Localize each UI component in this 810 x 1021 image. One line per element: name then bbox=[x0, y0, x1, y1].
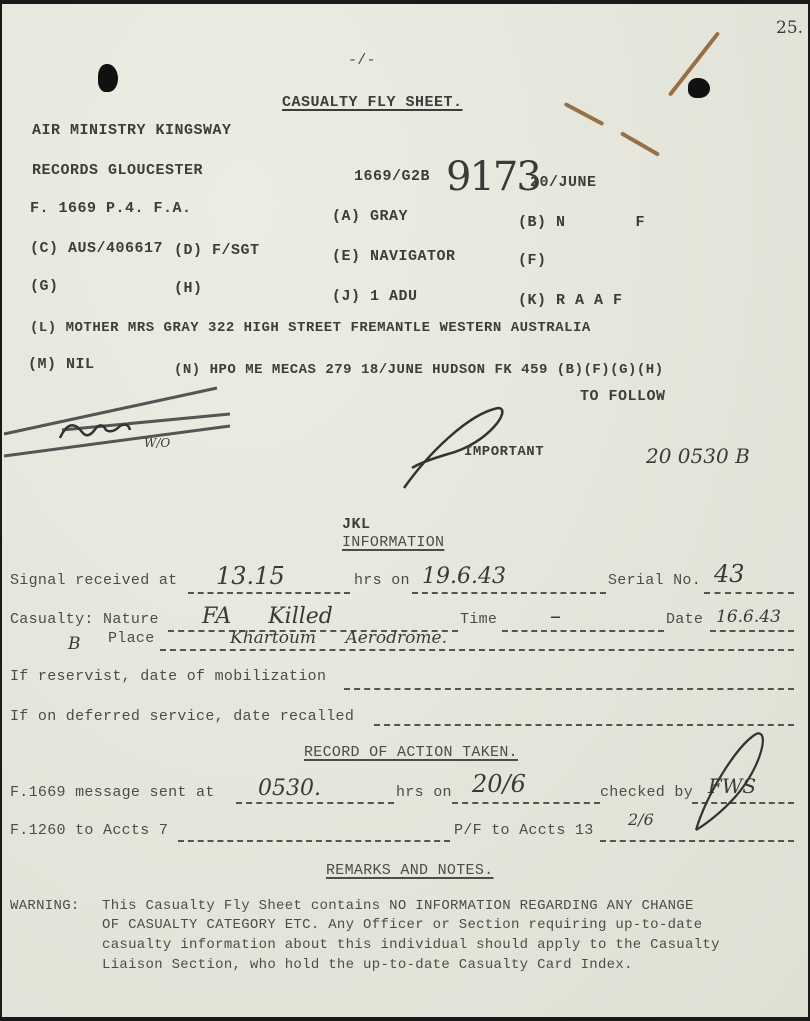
date-label: Date bbox=[666, 611, 703, 628]
msg-sent-date[interactable]: 20/6 bbox=[472, 770, 526, 798]
signature-left bbox=[2, 380, 242, 460]
pf-value[interactable]: 2/6 bbox=[628, 810, 654, 829]
top-mark: -/- bbox=[348, 52, 376, 69]
field-j: (J) 1 ADU bbox=[332, 288, 418, 305]
wo-mark: W/O bbox=[144, 436, 170, 450]
field-k: (K) R A A F bbox=[518, 292, 623, 309]
reservist-field[interactable] bbox=[344, 688, 794, 690]
from-line-2: RECORDS GLOUCESTER bbox=[32, 162, 203, 179]
record-of-action-heading: RECORD OF ACTION TAKEN. bbox=[304, 744, 518, 761]
date-value[interactable]: 16.6.43 bbox=[716, 607, 781, 627]
time-label: Time bbox=[460, 611, 497, 628]
checked-by-loop-mark bbox=[666, 726, 776, 836]
warning-label: WARNING: bbox=[10, 898, 80, 914]
reference: 1669/G2B bbox=[354, 168, 430, 185]
casualty-fly-sheet: 25. -/- CASUALTY FLY SHEET. AIR MINISTRY… bbox=[2, 4, 808, 1017]
f1260-label: F.1260 to Accts 7 bbox=[10, 822, 168, 839]
punch-hole-left bbox=[98, 64, 118, 92]
page-number: 25. bbox=[776, 18, 803, 38]
warning-line-3: casualty information about this individu… bbox=[102, 937, 720, 953]
page-title: CASUALTY FLY SHEET. bbox=[282, 94, 463, 111]
msg-hrs-on-label: hrs on bbox=[396, 784, 452, 801]
punch-hole-right bbox=[688, 78, 710, 98]
field-n: (N) HPO ME MECAS 279 18/JUNE HUDSON FK 4… bbox=[174, 362, 664, 378]
field-h: (H) bbox=[174, 280, 203, 297]
information-heading: INFORMATION bbox=[342, 534, 444, 551]
serial-label: Serial No. bbox=[608, 572, 701, 589]
field-l: (L) MOTHER MRS GRAY 322 HIGH STREET FREM… bbox=[30, 320, 591, 336]
place-value[interactable]: Khartoum Aerodrome. bbox=[230, 628, 447, 648]
field-n-continuation: TO FOLLOW bbox=[580, 388, 666, 405]
signal-received-time[interactable]: 13.15 bbox=[216, 562, 285, 590]
warning-line-1: This Casualty Fly Sheet contains NO INFO… bbox=[102, 898, 694, 914]
place-label: Place bbox=[108, 630, 155, 647]
important-label: IMPORTANT bbox=[464, 444, 544, 460]
rust-stain bbox=[564, 102, 605, 126]
pf-label: P/F to Accts 13 bbox=[454, 822, 594, 839]
field-d: (D) F/SGT bbox=[174, 242, 260, 259]
jkl-mark: JKL bbox=[342, 516, 371, 533]
f1260-field[interactable] bbox=[178, 840, 450, 842]
field-a: (A) GRAY bbox=[332, 208, 408, 225]
signal-hrs-on-label: hrs on bbox=[354, 572, 410, 589]
rust-stain bbox=[620, 131, 660, 156]
header-date: 20/JUNE bbox=[530, 174, 597, 191]
field-f: (F) bbox=[518, 252, 547, 269]
form-ref: F. 1669 P.4. F.A. bbox=[30, 200, 192, 217]
handwritten-reference: 9173 bbox=[446, 154, 540, 200]
reservist-label: If reservist, date of mobilization bbox=[10, 668, 326, 685]
casualty-nature-value[interactable]: FA Killed bbox=[202, 604, 333, 629]
remarks-heading: REMARKS AND NOTES. bbox=[326, 862, 493, 879]
field-g: (G) bbox=[30, 278, 59, 295]
warning-line-4: Liaison Section, who hold the up-to-date… bbox=[102, 957, 633, 973]
casualty-nature-label: Casualty: Nature bbox=[10, 611, 159, 628]
field-m: (M) NIL bbox=[28, 356, 95, 373]
msg-sent-time[interactable]: 0530. bbox=[258, 776, 321, 801]
serial-value[interactable]: 43 bbox=[714, 560, 745, 588]
handwritten-time-group: 20 0530 B bbox=[646, 444, 750, 468]
time-value[interactable]: – bbox=[550, 604, 561, 629]
place-prefix: B bbox=[68, 634, 81, 654]
signal-received-date[interactable]: 19.6.43 bbox=[422, 564, 506, 589]
deferred-label: If on deferred service, date recalled bbox=[10, 708, 354, 725]
warning-line-2: OF CASUALTY CATEGORY ETC. Any Officer or… bbox=[102, 917, 702, 933]
from-line-1: AIR MINISTRY KINGSWAY bbox=[32, 122, 232, 139]
field-b: (B) NF bbox=[518, 214, 645, 231]
signal-received-label: Signal received at bbox=[10, 572, 177, 589]
field-c: (C) AUS/406617 bbox=[30, 240, 163, 257]
field-e: (E) NAVIGATOR bbox=[332, 248, 456, 265]
msg-sent-label: F.1669 message sent at bbox=[10, 784, 215, 801]
